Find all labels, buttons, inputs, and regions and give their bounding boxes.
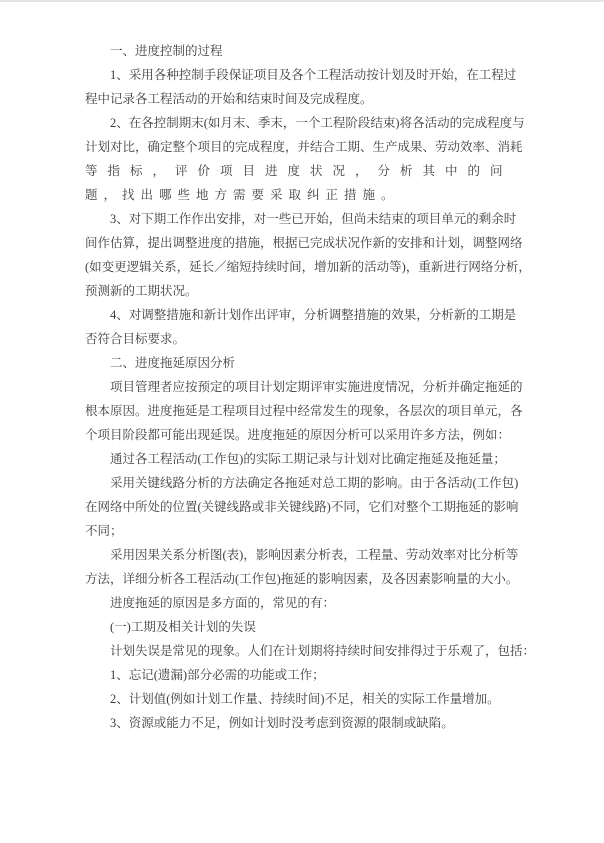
text-line: 1、忘记(遗漏)部分必需的功能或工作；	[85, 663, 521, 687]
text-line: 题，找出哪些地方需要采取纠正措施。	[85, 183, 521, 207]
page-top-edge	[0, 0, 604, 2]
text-line: 2、计划值(例如计划工作量、持续时间)不足，相关的实际工作量增加。	[85, 687, 521, 711]
text-line: 采用因果关系分析图(表)，影响因素分析表，工程量、劳动效率对比分析等	[85, 543, 521, 567]
text-line: 一、进度控制的过程	[85, 39, 521, 63]
text-line: (如变更逻辑关系，延长／缩短持续时间，增加新的活动等)，重新进行网络分析，	[85, 255, 521, 279]
text-line: 3、对下期工作作出安排，对一些已开始，但尚未结束的项目单元的剩余时	[85, 207, 521, 231]
text-line: 项目管理者应按预定的项目计划定期评审实施进度情况，分析并确定拖延的	[85, 375, 521, 399]
text-line: 在网络中所处的位置(关键线路或非关键线路)不同，它们对整个工期拖延的影响	[85, 495, 521, 519]
text-line: 1、采用各种控制手段保证项目及各个工程活动按计划及时开始，在工程过	[85, 63, 521, 87]
document-text-block: 一、进度控制的过程1、采用各种控制手段保证项目及各个工程活动按计划及时开始，在工…	[85, 39, 521, 735]
text-line: 方法，详细分析各工程活动(工作包)拖延的影响因素，及各因素影响量的大小。	[85, 567, 521, 591]
text-line: 2、在各控制期末(如月末、季末，一个工程阶段结束)将各活动的完成程度与	[85, 111, 521, 135]
text-line: 4、对调整措施和新计划作出评审，分析调整措施的效果，分析新的工期是	[85, 303, 521, 327]
text-line: 采用关键线路分析的方法确定各拖延对总工期的影响。由于各活动(工作包)	[85, 471, 521, 495]
text-line: 3、资源或能力不足，例如计划时没考虑到资源的限制或缺陷。	[85, 711, 521, 735]
text-line: 根本原因。进度拖延是工程项目过程中经常发生的现象，各层次的项目单元，各	[85, 399, 521, 423]
text-line: 通过各工程活动(工作包)的实际工期记录与计划对比确定拖延及拖延量；	[85, 447, 521, 471]
text-line: 计划对比，确定整个项目的完成程度，并结合工期、生产成果、劳动效率、消耗	[85, 135, 521, 159]
text-line: 预测新的工期状况。	[85, 279, 521, 303]
text-line: 进度拖延的原因是多方面的，常见的有：	[85, 591, 521, 615]
text-line: 个项目阶段都可能出现延误。进度拖延的原因分析可以采用许多方法，例如：	[85, 423, 521, 447]
document-page: 一、进度控制的过程1、采用各种控制手段保证项目及各个工程活动按计划及时开始，在工…	[0, 0, 604, 843]
text-line: 程中记录各工程活动的开始和结束时间及完成程度。	[85, 87, 521, 111]
text-line: 间作估算，提出调整进度的措施，根据已完成状况作新的安排和计划，调整网络	[85, 231, 521, 255]
text-line: 不同；	[85, 519, 521, 543]
text-line: 二、进度拖延原因分析	[85, 351, 521, 375]
text-line: 等指标，评价项目进度状况，分析其中的问	[85, 159, 521, 183]
text-line: 否符合目标要求。	[85, 327, 521, 351]
text-line: (一)工期及相关计划的失误	[85, 615, 521, 639]
text-line: 计划失误是常见的现象。人们在计划期将持续时间安排得过于乐观了，包括：	[85, 639, 521, 663]
